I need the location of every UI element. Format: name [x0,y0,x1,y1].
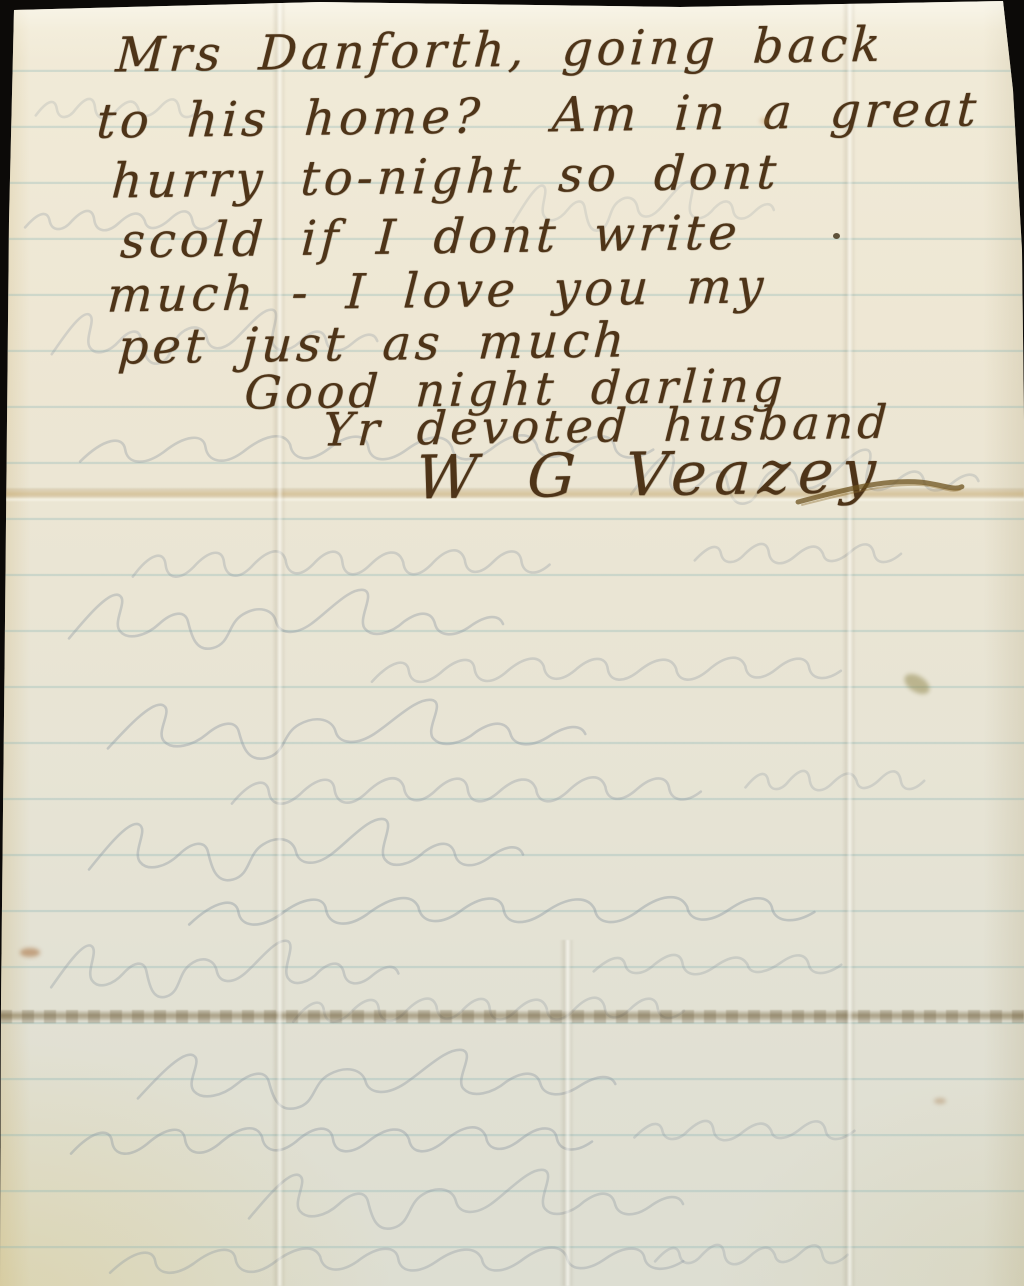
fold-crease-vertical-bottom [560,940,574,1286]
fold-crease-horizontal-upper [0,488,1024,502]
handwritten-line: scold if I dont write [119,205,743,270]
fold-crease-vertical-right [842,0,856,1286]
scanner-background: Mrs Danforth, going back to his home? Am… [0,0,1024,1286]
handwritten-line: hurry to-night so dont [110,144,782,209]
olive-stain [901,670,933,698]
ruled-lines [0,0,1024,1286]
rust-freckle [934,1098,946,1104]
goodnight-line: Good night darling [243,358,788,420]
handwritten-text: Mrs Danforth, going back to his home? Am… [0,0,1024,1286]
handwritten-line: pet just as much [116,312,629,375]
letter-page: Mrs Danforth, going back to his home? Am… [0,0,1024,1286]
handwritten-line: much - I love you my [106,258,769,323]
ink-blot [833,233,840,239]
signature-flourish [0,0,1024,1286]
fold-crease-horizontal-lower [0,1010,1024,1023]
handwritten-line: to his home? Am in a great [95,81,981,149]
signature: W G Veazey [414,437,886,514]
bleedthrough-writing [0,0,1024,1286]
handwritten-line: Mrs Danforth, going back [114,17,886,84]
rust-freckle [760,118,770,124]
fold-crease-vertical-left [272,0,286,1286]
rust-freckle [20,948,40,957]
closing-line: Yr devoted husband [321,395,892,457]
